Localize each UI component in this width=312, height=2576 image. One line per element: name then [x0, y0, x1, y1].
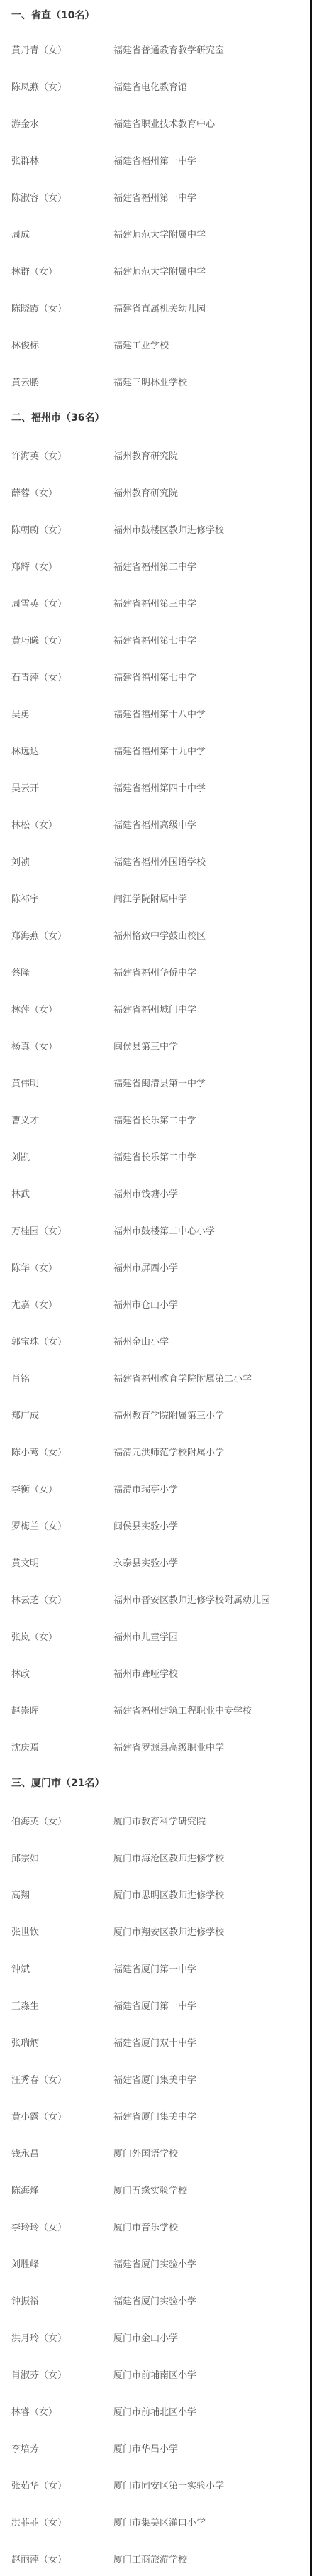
person-name: 汪秀春（女） — [11, 2062, 113, 2099]
list-item: 汪秀春（女）福建省厦门集美中学 — [11, 2062, 310, 2099]
institution-name: 福州市晋安区教师进修学校附属幼儿园 — [113, 1583, 270, 1619]
person-name: 张瑞炳 — [11, 2025, 113, 2062]
person-name: 林政 — [11, 1656, 113, 1693]
institution-name: 厦门市思明区教师进修学校 — [113, 1878, 224, 1915]
institution-name: 厦门市教育科学研究院 — [113, 1804, 206, 1841]
person-name: 刘祯 — [11, 844, 113, 881]
institution-name: 福建省福州城门中学 — [113, 992, 196, 1029]
person-name: 洪月玲（女） — [11, 2321, 113, 2357]
person-name: 林群（女） — [11, 254, 113, 291]
person-name: 赵丽萍（女） — [11, 2542, 113, 2576]
list-item: 林武福州市钱塘小学 — [11, 1177, 310, 1213]
institution-name: 福建省厦门第一中学 — [113, 1952, 196, 1988]
list-item: 吴云开福建省福州第四十中学 — [11, 771, 310, 808]
institution-name: 厦门外国语学校 — [113, 2136, 178, 2173]
list-item: 陈海烽厦门五缘实验学校 — [11, 2173, 310, 2210]
list-item: 沈庆焉福建省罗源县高级职业中学 — [11, 1730, 310, 1767]
person-name: 游金水 — [11, 106, 113, 143]
institution-name: 闽侯县第三中学 — [113, 1029, 178, 1066]
list-item: 肖铭福建省福州教育学院附属第二小学 — [11, 1361, 310, 1398]
institution-name: 福州教育研究院 — [113, 439, 178, 475]
list-item: 陈淑容（女）福建省福州第一中学 — [11, 180, 310, 217]
person-name: 黄伟明 — [11, 1066, 113, 1103]
institution-name: 厦门市华昌小学 — [113, 2431, 178, 2468]
institution-name: 福建三明林业学校 — [113, 365, 187, 402]
institution-name: 福州市仓山小学 — [113, 1287, 178, 1324]
person-name: 伯海英（女） — [11, 1804, 113, 1841]
institution-name: 福建省厦门集美中学 — [113, 2099, 196, 2136]
institution-name: 福建省罗源县高级职业中学 — [113, 1730, 224, 1767]
list-item: 李培芳厦门市华昌小学 — [11, 2431, 310, 2468]
institution-name: 福建省厦门实验小学 — [113, 2284, 196, 2321]
institution-name: 厦门市音乐学校 — [113, 2210, 178, 2247]
section-heading: 三、厦门市（21名） — [11, 1767, 310, 1804]
list-item: 林松（女）福建省福州高级中学 — [11, 808, 310, 844]
institution-name: 厦门市海沧区教师进修学校 — [113, 1841, 224, 1878]
person-name: 林萍（女） — [11, 992, 113, 1029]
institution-name: 福建省厦门集美中学 — [113, 2062, 196, 2099]
institution-name: 福建省厦门第一中学 — [113, 1988, 196, 2025]
institution-name: 福建省福州第十八中学 — [113, 697, 206, 734]
person-name: 林松（女） — [11, 808, 113, 844]
institution-name: 厦门市集美区灌口小学 — [113, 2505, 206, 2542]
list-item: 张群林福建省福州第一中学 — [11, 143, 310, 180]
institution-name: 厦门市前埔南区小学 — [113, 2357, 196, 2394]
institution-name: 福建工业学校 — [113, 328, 169, 365]
list-item: 杨真（女）闽侯县第三中学 — [11, 1029, 310, 1066]
person-name: 薛蓉（女） — [11, 475, 113, 512]
list-item: 赵崇晖福建省福州建筑工程职业中专学校 — [11, 1693, 310, 1730]
institution-name: 福建省闽清县第一中学 — [113, 1066, 206, 1103]
list-item: 郑辉（女）福建省福州第二中学 — [11, 549, 310, 586]
list-item: 刘祯福建省福州外国语学校 — [11, 844, 310, 881]
list-item: 尤嘉（女）福州市仓山小学 — [11, 1287, 310, 1324]
person-name: 肖淑芬（女） — [11, 2357, 113, 2394]
institution-name: 福建省福州第十九中学 — [113, 734, 206, 771]
person-name: 郑广成 — [11, 1398, 113, 1435]
person-name: 林远达 — [11, 734, 113, 771]
person-name: 郭宝珠（女） — [11, 1324, 113, 1361]
person-name: 赵崇晖 — [11, 1693, 113, 1730]
institution-name: 福建省福州第三中学 — [113, 586, 196, 623]
person-name: 张世钦 — [11, 1915, 113, 1952]
list-item: 陈华（女）福州市屏西小学 — [11, 1250, 310, 1287]
list-item: 万桂园（女）福州市鼓楼第二中心小学 — [11, 1213, 310, 1250]
list-item: 游金水福建省职业技术教育中心 — [11, 106, 310, 143]
institution-name: 福建师范大学附属中学 — [113, 254, 206, 291]
person-name: 周雪英（女） — [11, 586, 113, 623]
institution-name: 福建省福州第四十中学 — [113, 771, 206, 808]
list-item: 洪月玲（女）厦门市金山小学 — [11, 2321, 310, 2357]
person-name: 林俊标 — [11, 328, 113, 365]
institution-name: 闽江学院附属中学 — [113, 881, 187, 918]
person-name: 王淼生 — [11, 1988, 113, 2025]
list-item: 赵丽萍（女）厦门工商旅游学校 — [11, 2542, 310, 2576]
list-item: 陈晓霞（女）福建省直属机关幼儿园 — [11, 291, 310, 328]
list-item: 王淼生福建省厦门第一中学 — [11, 1988, 310, 2025]
list-item: 周雪英（女）福建省福州第三中学 — [11, 586, 310, 623]
person-name: 吴勇 — [11, 697, 113, 734]
list-item: 陈凤燕（女）福建省电化教育馆 — [11, 70, 310, 106]
institution-name: 福州市鼓楼区教师进修学校 — [113, 512, 224, 549]
institution-name: 闽侯县实验小学 — [113, 1509, 178, 1546]
person-name: 曹义才 — [11, 1103, 113, 1140]
list-item: 林云芝（女）福州市晋安区教师进修学校附属幼儿园 — [11, 1583, 310, 1619]
list-item: 吴勇福建省福州第十八中学 — [11, 697, 310, 734]
person-name: 万桂园（女） — [11, 1213, 113, 1250]
section-heading: 二、福州市（36名） — [11, 402, 310, 439]
person-name: 林武 — [11, 1177, 113, 1213]
person-name: 邱宗如 — [11, 1841, 113, 1878]
person-name: 林云芝（女） — [11, 1583, 113, 1619]
institution-name: 永泰县实验小学 — [113, 1546, 178, 1583]
person-name: 黄文明 — [11, 1546, 113, 1583]
list-item: 罗梅兰（女）闽侯县实验小学 — [11, 1509, 310, 1546]
institution-name: 福建省福州第一中学 — [113, 180, 196, 217]
list-item: 郑海燕（女）福州格致中学鼓山校区 — [11, 918, 310, 955]
list-item: 张茹华（女）厦门市同安区第一实验小学 — [11, 2468, 310, 2505]
institution-name: 福州市聋哑学校 — [113, 1656, 178, 1693]
institution-name: 福建省福州第七中学 — [113, 623, 196, 660]
list-item: 林睿（女）厦门市前埔北区小学 — [11, 2394, 310, 2431]
person-name: 许海英（女） — [11, 439, 113, 475]
institution-name: 厦门市前埔北区小学 — [113, 2394, 196, 2431]
person-name: 陈朝蔚（女） — [11, 512, 113, 549]
list-item: 石青萍（女）福建省福州第七中学 — [11, 660, 310, 697]
person-name: 李玲玲（女） — [11, 2210, 113, 2247]
list-item: 钟斌福建省厦门第一中学 — [11, 1952, 310, 1988]
person-name: 高翔 — [11, 1878, 113, 1915]
person-name: 刘凯 — [11, 1140, 113, 1177]
list-item: 陈小莺（女）福清元洪师范学校附属小学 — [11, 1435, 310, 1472]
institution-name: 福建省福州建筑工程职业中专学校 — [113, 1693, 252, 1730]
list-item: 林群（女）福建师范大学附属中学 — [11, 254, 310, 291]
list-item: 黄伟明福建省闽清县第一中学 — [11, 1066, 310, 1103]
list-item: 郑广成福州教育学院附属第三小学 — [11, 1398, 310, 1435]
institution-name: 福建省福州第二中学 — [113, 549, 196, 586]
person-name: 石青萍（女） — [11, 660, 113, 697]
person-name: 张群林 — [11, 143, 113, 180]
list-item: 蔡隆福建省福州华侨中学 — [11, 955, 310, 992]
person-name: 李衡（女） — [11, 1472, 113, 1509]
person-name: 林睿（女） — [11, 2394, 113, 2431]
person-name: 尤嘉（女） — [11, 1287, 113, 1324]
institution-name: 福建省普通教育教学研究室 — [113, 33, 224, 70]
institution-name: 福建省直属机关幼儿园 — [113, 291, 206, 328]
person-name: 陈晓霞（女） — [11, 291, 113, 328]
institution-name: 福建省电化教育馆 — [113, 70, 187, 106]
person-name: 陈海烽 — [11, 2173, 113, 2210]
person-name: 肖铭 — [11, 1361, 113, 1398]
institution-name: 福州格致中学鼓山校区 — [113, 918, 206, 955]
institution-name: 福州市儿童学园 — [113, 1619, 178, 1656]
person-name: 陈华（女） — [11, 1250, 113, 1287]
list-item: 黄丹青（女）福建省普通教育教学研究室 — [11, 33, 310, 70]
institution-name: 厦门五缘实验学校 — [113, 2173, 187, 2210]
list-item: 黄巧曦（女）福建省福州第七中学 — [11, 623, 310, 660]
list-item: 钟振裕福建省厦门实验小学 — [11, 2284, 310, 2321]
list-item: 林萍（女）福建省福州城门中学 — [11, 992, 310, 1029]
person-name: 洪菲菲（女） — [11, 2505, 113, 2542]
institution-name: 福州市屏西小学 — [113, 1250, 178, 1287]
person-name: 陈小莺（女） — [11, 1435, 113, 1472]
institution-name: 厦门市同安区第一实验小学 — [113, 2468, 224, 2505]
person-name: 陈祁宇 — [11, 881, 113, 918]
institution-name: 福州金山小学 — [113, 1324, 169, 1361]
institution-name: 福建省福州第一中学 — [113, 143, 196, 180]
list-item: 黄小露（女）福建省厦门集美中学 — [11, 2099, 310, 2136]
list-item: 陈祁宇闽江学院附属中学 — [11, 881, 310, 918]
institution-name: 福建省厦门实验小学 — [113, 2247, 196, 2284]
person-name: 张岚（女） — [11, 1619, 113, 1656]
person-name: 周成 — [11, 217, 113, 254]
person-name: 蔡隆 — [11, 955, 113, 992]
institution-name: 厦门工商旅游学校 — [113, 2542, 187, 2576]
section-heading: 一、省直（10名） — [11, 0, 310, 33]
institution-name: 厦门市翔安区教师进修学校 — [113, 1915, 224, 1952]
person-name: 罗梅兰（女） — [11, 1509, 113, 1546]
institution-name: 福建省长乐第二中学 — [113, 1103, 196, 1140]
person-name: 沈庆焉 — [11, 1730, 113, 1767]
list-item: 许海英（女）福州教育研究院 — [11, 439, 310, 475]
person-name: 吴云开 — [11, 771, 113, 808]
institution-name: 福建师范大学附属中学 — [113, 217, 206, 254]
institution-name: 福州教育研究院 — [113, 475, 178, 512]
person-name: 李培芳 — [11, 2431, 113, 2468]
list-item: 张瑞炳福建省厦门双十中学 — [11, 2025, 310, 2062]
person-name: 张茹华（女） — [11, 2468, 113, 2505]
list-item: 高翔厦门市思明区教师进修学校 — [11, 1878, 310, 1915]
list-item: 林政福州市聋哑学校 — [11, 1656, 310, 1693]
institution-name: 福清市瑞亭小学 — [113, 1472, 178, 1509]
list-item: 曹义才福建省长乐第二中学 — [11, 1103, 310, 1140]
list-item: 林俊标福建工业学校 — [11, 328, 310, 365]
institution-name: 福州市钱塘小学 — [113, 1177, 178, 1213]
person-name: 钱永昌 — [11, 2136, 113, 2173]
institution-name: 福建省福州华侨中学 — [113, 955, 196, 992]
list-item: 薛蓉（女）福州教育研究院 — [11, 475, 310, 512]
list-item: 林远达福建省福州第十九中学 — [11, 734, 310, 771]
institution-name: 福州教育学院附属第三小学 — [113, 1398, 224, 1435]
person-name: 钟斌 — [11, 1952, 113, 1988]
person-name: 钟振裕 — [11, 2284, 113, 2321]
list-item: 李衡（女）福清市瑞亭小学 — [11, 1472, 310, 1509]
list-item: 伯海英（女）厦门市教育科学研究院 — [11, 1804, 310, 1841]
institution-name: 福建省福州高级中学 — [113, 808, 196, 844]
list-item: 钱永昌厦门外国语学校 — [11, 2136, 310, 2173]
institution-name: 福建省福州外国语学校 — [113, 844, 206, 881]
list-item: 刘胜峰福建省厦门实验小学 — [11, 2247, 310, 2284]
list-item: 洪菲菲（女）厦门市集美区灌口小学 — [11, 2505, 310, 2542]
institution-name: 福建省福州教育学院附属第二小学 — [113, 1361, 252, 1398]
institution-name: 福清元洪师范学校附属小学 — [113, 1435, 224, 1472]
list-item: 陈朝蔚（女）福州市鼓楼区教师进修学校 — [11, 512, 310, 549]
list-item: 邱宗如厦门市海沧区教师进修学校 — [11, 1841, 310, 1878]
person-name: 黄巧曦（女） — [11, 623, 113, 660]
list-item: 郭宝珠（女）福州金山小学 — [11, 1324, 310, 1361]
person-name: 郑辉（女） — [11, 549, 113, 586]
person-name: 刘胜峰 — [11, 2247, 113, 2284]
institution-name: 福建省福州第七中学 — [113, 660, 196, 697]
person-name: 黄云鹏 — [11, 365, 113, 402]
name-list: 一、省直（10名）黄丹青（女）福建省普通教育教学研究室陈凤燕（女）福建省电化教育… — [0, 0, 310, 2576]
document-page: 一、省直（10名）黄丹青（女）福建省普通教育教学研究室陈凤燕（女）福建省电化教育… — [0, 0, 312, 2576]
list-item: 李玲玲（女）厦门市音乐学校 — [11, 2210, 310, 2247]
institution-name: 福建省职业技术教育中心 — [113, 106, 215, 143]
list-item: 黄云鹏福建三明林业学校 — [11, 365, 310, 402]
institution-name: 福建省长乐第二中学 — [113, 1140, 196, 1177]
list-item: 张世钦厦门市翔安区教师进修学校 — [11, 1915, 310, 1952]
list-item: 周成福建师范大学附属中学 — [11, 217, 310, 254]
list-item: 张岚（女）福州市儿童学园 — [11, 1619, 310, 1656]
person-name: 黄丹青（女） — [11, 33, 113, 70]
list-item: 肖淑芬（女）厦门市前埔南区小学 — [11, 2357, 310, 2394]
institution-name: 福建省厦门双十中学 — [113, 2025, 196, 2062]
list-item: 黄文明永泰县实验小学 — [11, 1546, 310, 1583]
person-name: 黄小露（女） — [11, 2099, 113, 2136]
institution-name: 厦门市金山小学 — [113, 2321, 178, 2357]
person-name: 杨真（女） — [11, 1029, 113, 1066]
institution-name: 福州市鼓楼第二中心小学 — [113, 1213, 215, 1250]
person-name: 陈淑容（女） — [11, 180, 113, 217]
person-name: 郑海燕（女） — [11, 918, 113, 955]
list-item: 刘凯福建省长乐第二中学 — [11, 1140, 310, 1177]
person-name: 陈凤燕（女） — [11, 70, 113, 106]
